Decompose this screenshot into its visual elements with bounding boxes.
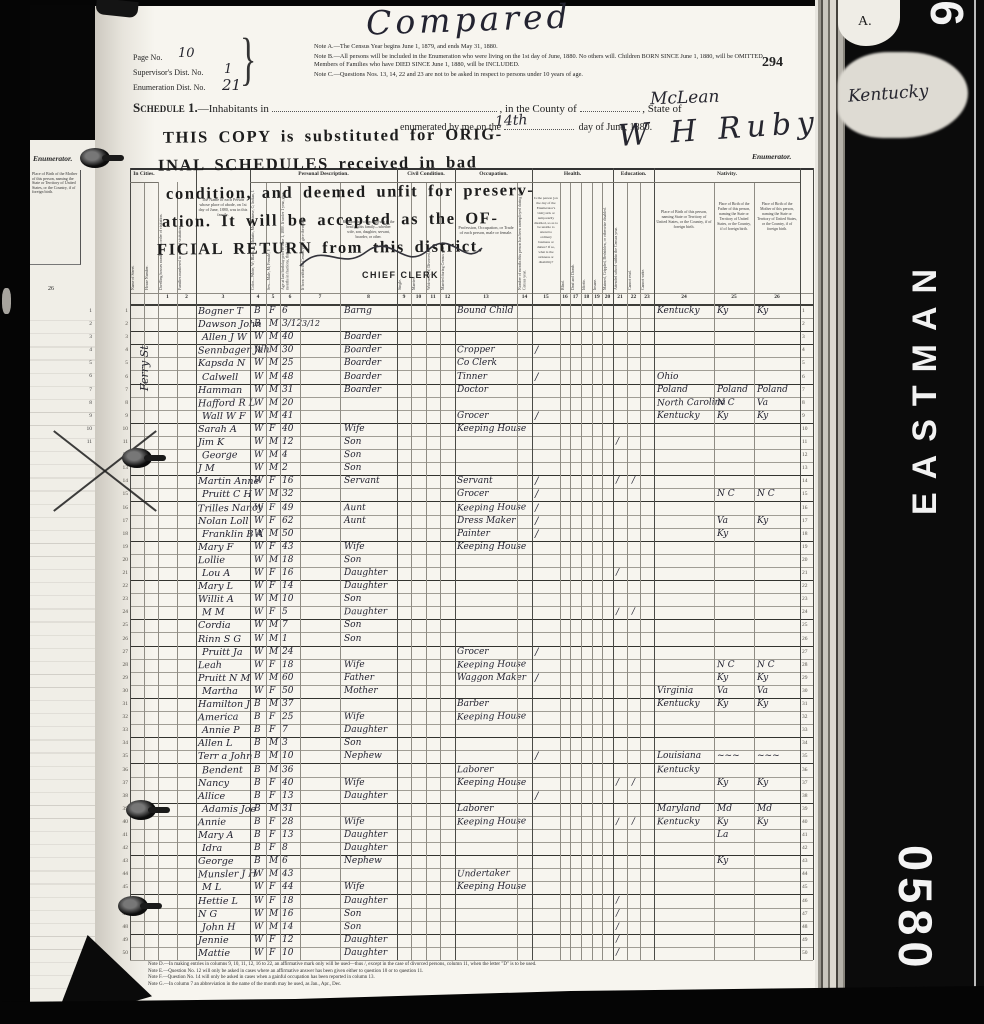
column-number: 1 <box>166 294 169 300</box>
cell-name: Hafford R L <box>198 397 255 409</box>
note-b: Note B.—All persons will be included in … <box>314 53 772 69</box>
cell-c: W <box>254 909 263 919</box>
cell-n: 45 <box>802 884 808 890</box>
cell-mb: N C <box>757 660 775 670</box>
cell-n: 23 <box>118 596 128 602</box>
cell-sick: / <box>535 502 539 513</box>
cell-c: W <box>254 529 263 539</box>
cell-fb: Poland <box>717 385 748 395</box>
cell-mb: Ky <box>757 778 768 788</box>
grid-line <box>177 182 178 960</box>
stamp-text-line: condition, and deemed unfit for preserv- <box>166 180 535 204</box>
table-row: 12GeorgeWM4Son12 <box>130 449 813 463</box>
cell-a: 62 <box>282 516 293 526</box>
cell-rel: Daughter <box>344 896 387 906</box>
table-row: 40AnnieBF28WifeKeeping House/ /KentuckyK… <box>130 816 813 830</box>
cell-n: 8 <box>118 400 128 406</box>
cell-c: B <box>254 817 261 827</box>
prev-row-numbers: 1234567891011 <box>84 305 92 449</box>
cell-a: 25 <box>282 712 294 722</box>
cell-bp: Poland <box>657 385 688 395</box>
column-number: 11 <box>430 294 435 300</box>
cell-c: W <box>254 450 263 460</box>
cell-name: Pruitt Ja <box>202 647 243 658</box>
column-header: Cannot write. <box>641 184 653 290</box>
cell-n: 31 <box>802 701 808 707</box>
cell-a: 13 <box>282 830 293 840</box>
cell-bp: Louisiana <box>657 751 701 761</box>
cell-s: M <box>269 529 278 539</box>
table-row: 50MattieWF10Daughter/50 <box>130 947 813 961</box>
column-number: 25 <box>731 294 737 300</box>
cell-n: 8 <box>802 400 805 406</box>
table-row: 15Pruitt C HWM32Grocer/N CN C15 <box>130 488 813 502</box>
cell-n: 2 <box>802 321 805 327</box>
cell-n: 32 <box>118 714 128 720</box>
cell-name: America <box>198 712 239 724</box>
cell-n: 4 <box>802 347 805 353</box>
column-number: 8 <box>367 294 370 300</box>
cell-n: 13 <box>802 465 808 471</box>
film-edge-line <box>974 0 976 1024</box>
table-row: 42IdraBF8Daughter42 <box>130 842 813 856</box>
column-header: Maimed, Crippled, Bedridden, or otherwis… <box>603 184 612 290</box>
grid-line <box>455 168 456 960</box>
footer-note-line: Note F.—Question No. 14 will only be ask… <box>148 975 788 982</box>
cell-s: M <box>269 869 278 879</box>
cell-n: 3 <box>118 334 128 340</box>
cell-fb: Ky <box>717 699 728 709</box>
cell-s: M <box>269 922 278 932</box>
cell-c: W <box>254 358 263 368</box>
column-header: Attended school within the Census year. <box>614 184 626 290</box>
column-number: 18 <box>584 294 590 300</box>
cell-rel: Son <box>344 922 362 932</box>
prev-row-number: 1 <box>84 305 92 318</box>
binder-ring <box>122 448 152 468</box>
cell-s: M <box>269 358 278 368</box>
cell-c: B <box>254 725 261 735</box>
cell-n: 7 <box>118 387 128 393</box>
binder-ring <box>118 896 148 916</box>
cell-a: 16 <box>282 568 293 578</box>
blank-line <box>580 111 640 112</box>
table-row: 24M MWF5Daughter/ /24 <box>130 606 813 620</box>
cell-c: W <box>254 463 263 473</box>
cell-mb: Poland <box>757 385 788 395</box>
cell-c: B <box>254 856 261 866</box>
cell-s: F <box>269 830 275 840</box>
cell-rel: Daughter <box>344 830 387 840</box>
cell-c: W <box>254 935 263 945</box>
table-row: 1Bogner TBF6BarngBound ChildKentuckyKyKy… <box>130 305 813 319</box>
cell-c: W <box>254 345 263 355</box>
cell-s: F <box>269 660 275 670</box>
column-number: 13 <box>483 294 489 300</box>
cell-occ: Grocer <box>457 411 489 421</box>
cell-c: W <box>254 555 263 565</box>
column-header: Place of Birth of the Mother of this per… <box>756 202 798 288</box>
cell-n: 36 <box>802 766 808 772</box>
table-row: 28LeahWF18WifeKeeping HouseN CN C28 <box>130 659 813 673</box>
table-row: 26Rinn S GWM1Son26 <box>130 633 813 647</box>
table-row: 44Munsler J HWM43Undertaker44 <box>130 868 813 882</box>
cell-name: Mary L <box>198 581 233 592</box>
cell-name: Annie P <box>202 725 240 736</box>
cell-n: 39 <box>802 806 808 812</box>
cell-s: F <box>269 476 275 486</box>
cell-a: 2 <box>282 463 288 473</box>
cell-n: 32 <box>802 714 808 720</box>
cell-occ: Doctor <box>457 385 488 395</box>
cell-n: 41 <box>118 832 128 838</box>
column-number: 24 <box>681 294 687 300</box>
cell-name: Nancy <box>198 778 229 789</box>
cell-fb: Ky <box>717 306 728 316</box>
cell-a: 7 <box>282 620 288 630</box>
table-row: 43GeorgeBM6NephewKy43 <box>130 855 813 869</box>
cell-s: M <box>269 856 278 866</box>
film-left-edge <box>0 0 30 1024</box>
cell-c: W <box>254 896 263 906</box>
grid-line <box>754 182 755 960</box>
microfilm-frame: Enumerator. Place of Birth of the Mother… <box>0 0 984 1024</box>
cell-mb: Va <box>757 398 768 408</box>
cell-name: M L <box>202 882 221 893</box>
cell-name: Allen J W <box>202 332 247 343</box>
cell-n: 49 <box>118 937 128 943</box>
cell-bp: Maryland <box>657 804 701 814</box>
cell-s: M <box>269 411 278 421</box>
cell-n: 46 <box>802 898 808 904</box>
table-row: 5Kapsda NWM25BoarderCo Clerk5 <box>130 357 813 371</box>
cell-rel: Son <box>344 437 361 447</box>
county-handwritten: McLean <box>650 87 720 109</box>
cell-n: 48 <box>118 924 128 930</box>
cell-n: 28 <box>802 662 808 668</box>
cell-rel: Boarder <box>344 345 381 356</box>
table-row: 16Trilles NancyWF49AuntKeeping House/16 <box>130 502 813 516</box>
cell-name: Terr a John <box>198 751 252 762</box>
cell-a: 36 <box>282 764 294 774</box>
table-row: 27Pruitt JaWM24Grocer/27 <box>130 646 813 660</box>
cell-name: Pruitt C H <box>202 489 252 500</box>
cell-name: Allice <box>198 791 225 802</box>
cell-c: W <box>254 332 263 342</box>
cell-n: 14 <box>802 478 808 484</box>
column-header: Is the person [on the day of the Enumera… <box>534 196 558 290</box>
cell-occ: Keeping House <box>457 816 526 827</box>
cell-fb: Va <box>717 516 728 526</box>
cell-n: 1 <box>802 308 805 314</box>
table-row: 7HammanWM31BoarderDoctorPolandPolandPola… <box>130 384 813 398</box>
cell-a: 6 <box>282 306 288 316</box>
table-row: 31Hamilton JBM37BarberKentuckyKyKy31 <box>130 698 813 712</box>
cell-n: 30 <box>802 688 808 694</box>
prev-row-number: 3 <box>84 331 92 344</box>
cell-c: W <box>254 607 263 617</box>
cell-bp: North Carolina <box>657 397 726 408</box>
cell-c: W <box>254 882 263 892</box>
cell-n: 21 <box>118 570 128 576</box>
cell-name: Mary F <box>198 542 233 553</box>
cell-rel: Son <box>344 634 361 644</box>
cell-s: F <box>269 686 275 696</box>
cell-a: 40 <box>282 332 293 342</box>
column-number: 17 <box>573 294 579 300</box>
page-stamp-number: 294 <box>762 55 783 71</box>
cell-s: F <box>269 502 275 512</box>
cell-fb: Ky <box>717 856 728 866</box>
cell-a: 14 <box>282 581 293 591</box>
cell-c: B <box>254 791 261 801</box>
cell-fb: N C <box>717 398 735 408</box>
cell-n: 2 <box>118 321 128 327</box>
schedule-label: Schedule 1. <box>133 100 198 115</box>
table-row: 13J MWM2Son13 <box>130 462 813 476</box>
cell-name: Lou A <box>202 568 230 579</box>
cell-n: 33 <box>118 727 128 733</box>
cell-n: 44 <box>118 871 128 877</box>
column-header: Place of Birth of the Father of this per… <box>716 202 752 288</box>
cell-name: Hettie L <box>198 896 238 907</box>
cell-mb: Ky <box>757 306 768 316</box>
cell-a: 1 <box>282 634 288 644</box>
cell-name: Annie <box>198 817 226 828</box>
cell-sick: / <box>535 476 538 487</box>
cell-n: 29 <box>118 675 128 681</box>
cell-rel: Nephew <box>344 856 382 866</box>
grid-line <box>560 182 561 960</box>
cell-name: Allen L <box>198 738 232 749</box>
cell-rel: Wife <box>344 817 365 827</box>
column-header: Deaf and Dumb. <box>571 184 580 290</box>
cell-a: 49 <box>282 502 294 512</box>
cell-c: W <box>254 411 263 421</box>
cell-s: M <box>269 437 278 447</box>
cell-name: Mattie <box>198 948 230 959</box>
cell-c: W <box>254 594 263 604</box>
table-row: 45M LWF44WifeKeeping House45 <box>130 881 813 895</box>
cell-name: Martha <box>202 686 238 697</box>
cell-name: Bogner T <box>198 306 243 317</box>
cell-n: 5 <box>118 360 128 366</box>
column-number: 16 <box>562 294 568 300</box>
cell-a: 7 <box>282 725 288 735</box>
cell-c: W <box>254 948 263 958</box>
cell-fb: Ky <box>717 529 728 539</box>
cell-sick: / <box>535 489 538 500</box>
cell-rel: Son <box>344 620 361 630</box>
cell-occ: Keeping House <box>457 424 526 434</box>
cell-s: M <box>269 450 278 460</box>
grid-line <box>517 182 518 960</box>
cell-s: M <box>269 385 278 395</box>
cell-s: M <box>269 620 278 630</box>
table-row: 41Mary ABF13DaughterLa41 <box>130 829 813 843</box>
cell-rel: Mother <box>344 686 378 696</box>
table-row: 37NancyBF40WifeKeeping House/ /KyKy37 <box>130 777 813 791</box>
cell-a: 31 <box>282 385 293 395</box>
grid-line <box>300 182 301 960</box>
cell-a: 12 <box>282 935 293 945</box>
stamp-text-line: ation. It will be accepted as the OF- <box>162 208 499 232</box>
column-number: 4 <box>257 294 260 300</box>
binder-ring <box>80 148 110 168</box>
prev-column-fragment: Place of Birth of the Mother of this per… <box>30 170 81 265</box>
brace-glyph: } <box>240 29 256 94</box>
number-row-rule <box>130 293 813 294</box>
cell-c: W <box>254 686 263 696</box>
cell-a: 28 <box>282 817 294 827</box>
cell-n: 50 <box>802 950 808 956</box>
cell-rel: Son <box>344 463 361 473</box>
cell-n: 9 <box>118 413 128 419</box>
prev-row-number: 10 <box>84 423 92 436</box>
cell-rel: Boarder <box>344 385 381 395</box>
cell-s: M <box>269 699 278 709</box>
grid-line <box>266 182 267 960</box>
cell-n: 7 <box>802 387 805 393</box>
cell-mb: Md <box>757 804 772 814</box>
cell-ed: / <box>616 437 624 447</box>
cell-n: 20 <box>118 557 128 563</box>
cell-n: 30 <box>118 688 128 694</box>
cell-fb: Ky <box>717 673 728 683</box>
cell-rel: Son <box>344 594 361 604</box>
cell-n: 11 <box>118 439 128 445</box>
cell-n: 41 <box>802 832 808 838</box>
schedule-title-line: Schedule 1.—Inhabitants in , in the Coun… <box>133 100 682 116</box>
cell-a: 60 <box>282 673 293 683</box>
cell-n: 38 <box>802 793 808 799</box>
cell-n: 25 <box>118 622 128 628</box>
cell-a: 3 <box>282 738 288 748</box>
grid-line <box>340 182 341 960</box>
column-number: 9 <box>403 294 406 300</box>
cell-c: W <box>254 922 263 932</box>
prev-row-number: 5 <box>84 357 92 370</box>
cell-s: M <box>269 594 278 604</box>
column-header: Cannot read. <box>628 184 639 290</box>
cell-bp: Kentucky <box>657 306 700 316</box>
column-header: Place of Birth of this person, naming St… <box>656 210 712 288</box>
cell-a: 18 <box>282 896 293 906</box>
cell-mo: 3/12 <box>302 319 320 328</box>
cell-s: M <box>269 909 278 919</box>
cell-n: 38 <box>118 793 128 799</box>
table-row: 47N GWM16Son/47 <box>130 908 813 922</box>
binder-ring <box>126 800 156 820</box>
cell-ed: / <box>616 935 624 945</box>
cell-n: 25 <box>802 622 808 628</box>
cell-c: W <box>254 869 263 879</box>
cell-n: 31 <box>118 701 128 707</box>
column-number: 14 <box>522 294 528 300</box>
cell-s: M <box>269 345 278 355</box>
cell-rel: Boarder <box>344 358 381 368</box>
column-number: 10 <box>416 294 422 300</box>
cell-n: 3 <box>802 334 805 340</box>
cell-n: 36 <box>118 766 128 772</box>
cell-ed: / <box>616 948 624 958</box>
cell-a: 41 <box>282 411 293 421</box>
cell-a: 18 <box>282 660 294 670</box>
cell-a: 16 <box>282 909 293 919</box>
cell-rel: Son <box>344 909 361 919</box>
cell-n: 34 <box>118 740 128 746</box>
cell-sick: / <box>535 673 538 684</box>
cell-ed: / <box>616 896 624 906</box>
cell-s: F <box>269 843 275 853</box>
cell-name: Dawson John <box>198 319 262 330</box>
cell-a: 50 <box>282 529 293 539</box>
cell-n: 48 <box>802 924 808 930</box>
cell-occ: Laborer <box>457 764 494 775</box>
note-c: Note C.—Questions Nos. 13, 14, 22 and 23… <box>314 71 772 79</box>
cell-c: B <box>254 778 261 788</box>
cell-mb: Ky <box>757 817 768 827</box>
cell-a: 5 <box>282 607 288 617</box>
cell-bp: Kentucky <box>657 764 700 775</box>
page-no-value: 10 <box>178 46 195 61</box>
table-row: 29Pruitt N MWM60FatherWaggon Maker/KyKy2… <box>130 672 813 686</box>
cell-sick: / <box>535 751 538 762</box>
cell-s: F <box>269 882 275 892</box>
cell-s: F <box>269 712 275 722</box>
stamp-text-line: THIS COPY is substituted for ORIG- <box>163 124 503 148</box>
footer-note-line: Note D.—In making entries in columns 9, … <box>148 962 788 969</box>
prev-row-number: 8 <box>84 397 92 410</box>
cell-n: 24 <box>802 609 808 615</box>
cell-c: B <box>254 306 261 316</box>
cell-a: 8 <box>282 843 288 853</box>
column-group-label: In Cities. <box>130 168 158 183</box>
cell-occ: Waggon Maker <box>457 673 526 683</box>
cell-rel: Wife <box>344 712 365 722</box>
cell-s: F <box>269 516 275 526</box>
table-row: 36BendentBM36LaborerKentucky36 <box>130 764 813 778</box>
cell-name: Jim K <box>198 437 224 448</box>
cell-ed: / <box>616 922 624 932</box>
cell-rel: Wife <box>344 660 365 670</box>
cell-n: 16 <box>802 504 808 510</box>
cell-n: 22 <box>118 583 128 589</box>
column-number: 22 <box>631 294 637 300</box>
cell-c: B <box>254 804 261 814</box>
previous-page-edge: Enumerator. Place of Birth of the Mother… <box>30 140 95 1004</box>
cell-occ: Servant <box>457 476 493 486</box>
column-number: 21 <box>617 294 623 300</box>
cell-fb: Md <box>717 804 732 814</box>
cell-s: M <box>269 673 278 683</box>
cell-c: B <box>254 712 261 722</box>
cell-rel: Daughter <box>344 791 387 801</box>
column-number: 15 <box>543 294 549 300</box>
cell-occ: Painter <box>457 529 490 539</box>
table-row: 17Nolan LollWF62AuntDress Maker/VaKy17 <box>130 515 813 529</box>
film-top-digit: 6 <box>920 0 974 26</box>
cell-bp: Kentucky <box>657 699 700 709</box>
cell-s: M <box>269 804 278 814</box>
sup-dist-value: 1 <box>224 62 232 77</box>
cell-name: J M <box>198 463 215 474</box>
cell-n: 19 <box>118 544 128 550</box>
cell-s: F <box>269 306 275 316</box>
cell-n: 50 <box>118 950 128 956</box>
cell-name: George <box>202 450 238 462</box>
column-number: 6 <box>289 294 292 300</box>
